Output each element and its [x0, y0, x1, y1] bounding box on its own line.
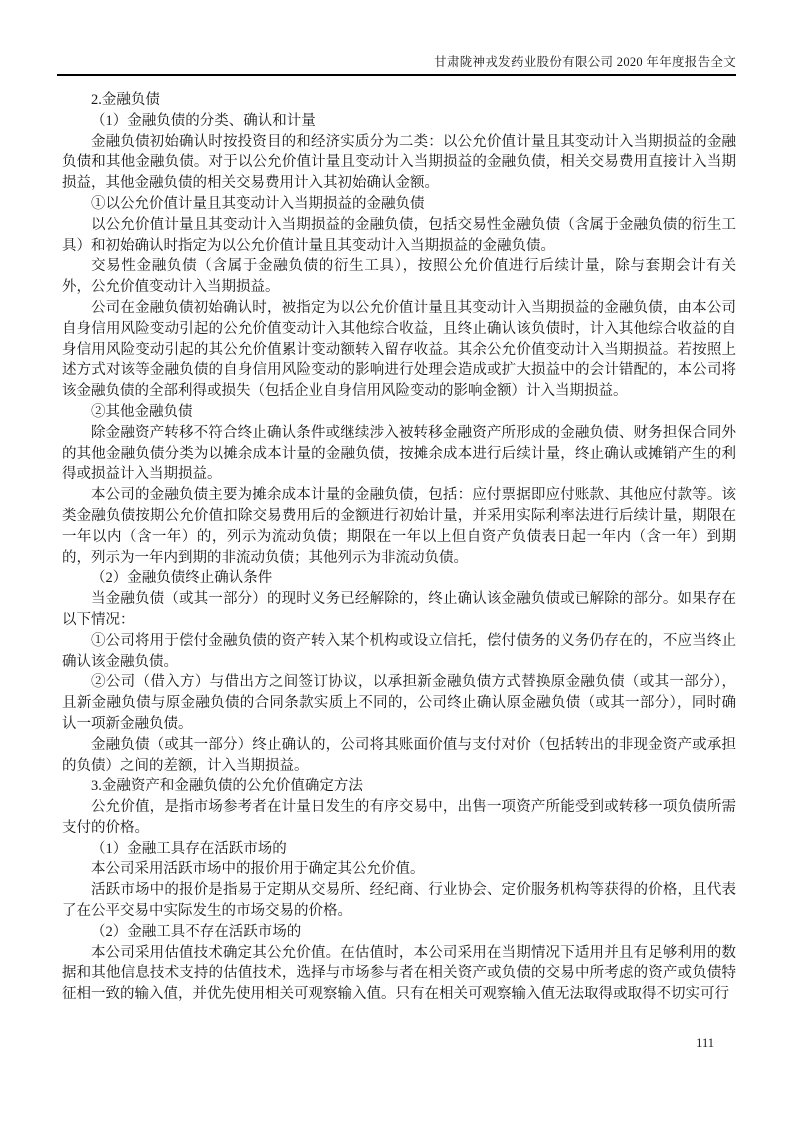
doc-paragraph: 本公司的金融负债主要为摊余成本计量的金融负债，包括：应付票据即应付账款、其他应付…	[62, 485, 736, 568]
page-header-title: 甘肃陇神戎发药业股份有限公司 2020 年年度报告全文	[57, 54, 736, 70]
doc-paragraph: 本公司采用活跃市场中的报价用于确定其公允价值。	[62, 859, 736, 880]
doc-paragraph: 公允价值，是指市场参考者在计量日发生的有序交易中，出售一项资产所能受到或转移一项…	[62, 797, 736, 839]
doc-paragraph: 当金融负债（或其一部分）的现时义务已经解除的，终止确认该金融负债或已解除的部分。…	[62, 589, 736, 631]
section-heading: 2.金融负债	[62, 90, 736, 111]
doc-paragraph: 金融负债（或其一部分）终止确认的，公司将其账面价值与支付对价（包括转出的非现金资…	[62, 735, 736, 777]
doc-paragraph: 活跃市场中的报价是指易于定期从交易所、经纪商、行业协会、定价服务机构等获得的价格…	[62, 880, 736, 922]
report-page: 甘肃陇神戎发药业股份有限公司 2020 年年度报告全文 2.金融负债 （1）金融…	[0, 0, 793, 1122]
subsection-heading: （2）金融工具不存在活跃市场的	[62, 922, 736, 943]
section-heading: 3.金融资产和金融负债的公允价值确定方法	[62, 776, 736, 797]
doc-paragraph: 交易性金融负债（含属于金融负债的衍生工具），按照公允价值进行后续计量，除与套期会…	[62, 256, 736, 298]
doc-paragraph: ①公司将用于偿付金融负债的资产转入某个机构或设立信托，偿付债务的义务仍存在的，不…	[62, 631, 736, 673]
doc-paragraph: 除金融资产转移不符合终止确认条件或继续涉入被转移金融资产所形成的金融负债、财务担…	[62, 423, 736, 485]
doc-paragraph: 公司在金融负债初始确认时，被指定为以公允价值计量且其变动计入当期损益的金融负债，…	[62, 298, 736, 402]
subsection-heading: （2）金融负债终止确认条件	[62, 568, 736, 589]
item-heading: ②其他金融负债	[62, 402, 736, 423]
doc-paragraph: ②公司（借入方）与借出方之间签订协议，以承担新金融负债方式替换原金融负债（或其一…	[62, 672, 736, 734]
subsection-heading: （1）金融工具存在活跃市场的	[62, 839, 736, 860]
doc-paragraph: 金融负债初始确认时按投资目的和经济实质分为二类：以公允价值计量且其变动计入当期损…	[62, 132, 736, 194]
page-number: 111	[696, 1036, 714, 1051]
document-body: 2.金融负债 （1）金融负债的分类、确认和计量 金融负债初始确认时按投资目的和经…	[62, 90, 736, 1005]
subsection-heading: （1）金融负债的分类、确认和计量	[62, 111, 736, 132]
header-divider	[57, 74, 736, 76]
doc-paragraph: 以公允价值计量且其变动计入当期损益的金融负债，包括交易性金融负债（含属于金融负债…	[62, 215, 736, 257]
doc-paragraph: 本公司采用估值技术确定其公允价值。在估值时，本公司采用在当期情况下适用并且有足够…	[62, 943, 736, 1005]
item-heading: ①以公允价值计量且其变动计入当期损益的金融负债	[62, 194, 736, 215]
